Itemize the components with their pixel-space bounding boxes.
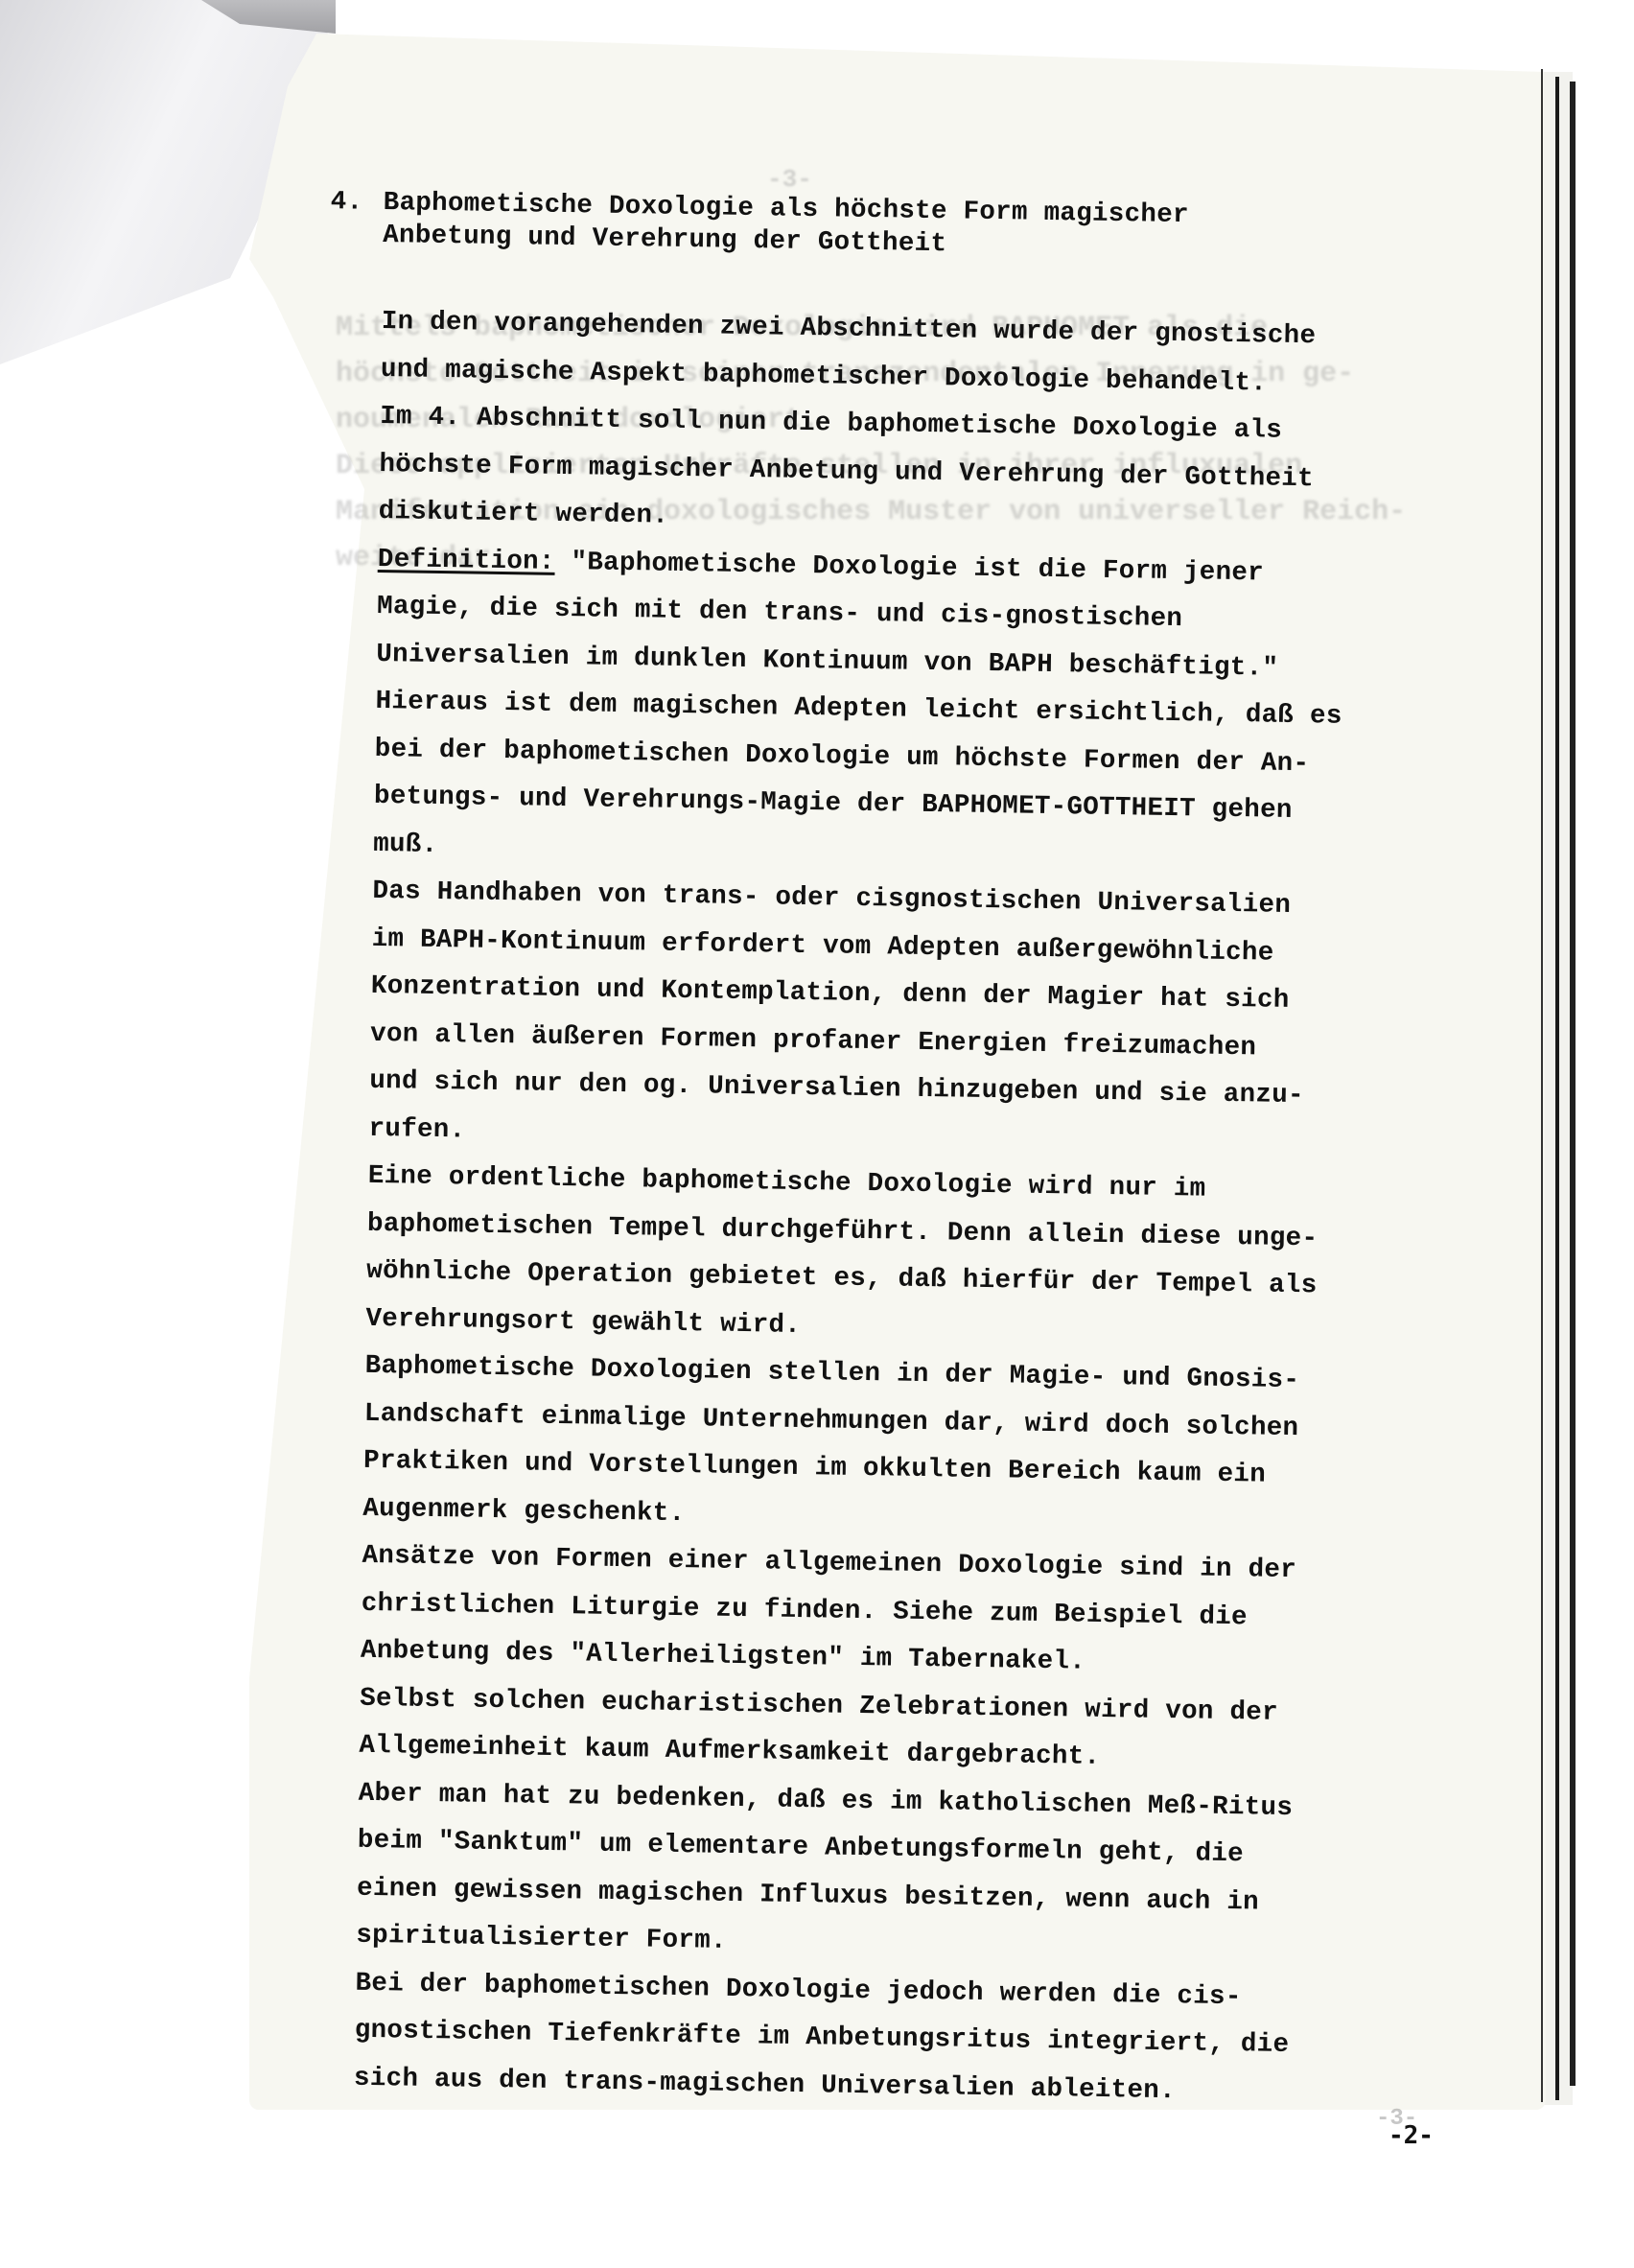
bleed-through-page-number: -3- [767,165,812,194]
body-text: Hieraus ist dem magischen Adepten leicht… [354,678,1469,2119]
page-number: -2- [1389,2121,1434,2150]
section-number: 4. [330,186,384,220]
page-content: 4.Baphometische Doxologie als höchste Fo… [354,187,1477,2119]
definition-body: Magie, die sich mit den trans- und cis-g… [376,583,1470,695]
definition-text: "Baphometische Doxologie ist die Form je… [554,547,1264,588]
page-edge-line [1555,77,1559,2100]
intro-paragraph: In den vorangehenden zwei Abschnitten wu… [378,298,1475,552]
page-right-border [1541,69,1543,2102]
page-edge-line [1570,82,1576,2086]
definition-label: Definition: [378,544,555,576]
